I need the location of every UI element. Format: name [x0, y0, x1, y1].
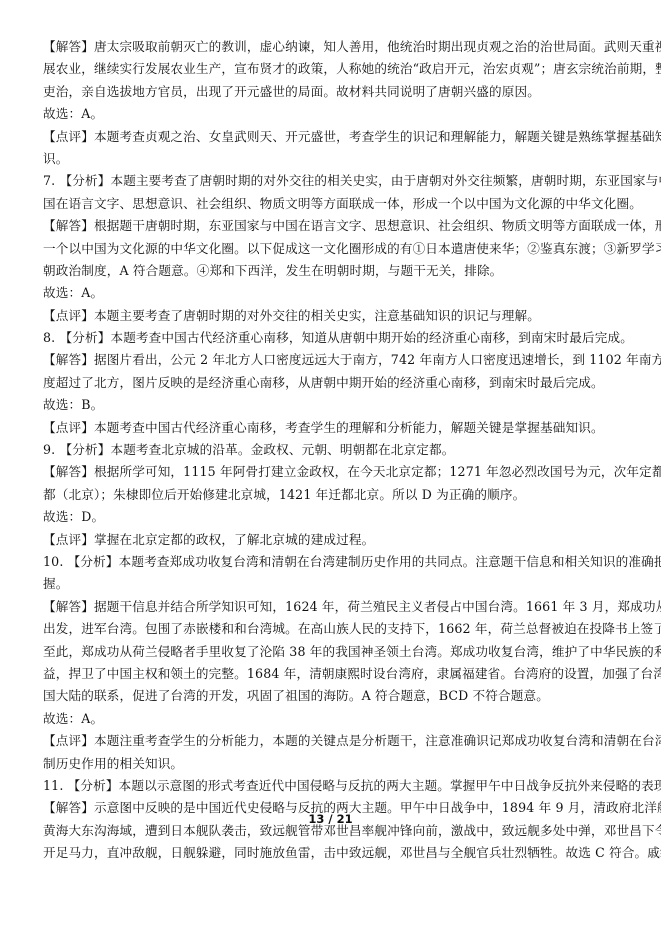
text-line: 7. 【分析】本题主要考查了唐朝时期的对外交往的相关史实，由于唐朝对外交往频繁，…	[43, 170, 623, 192]
text-line: 【解答】据图片看出，公元 2 年北方人口密度远远大于南方，742 年南方人口密度…	[43, 349, 623, 371]
text-line: 10. 【分析】本题考查郑成功收复台湾和清朝在台湾建制历史作用的共同点。注意题干…	[43, 551, 623, 573]
text-line: 都（北京）；朱棣即位后开始修建北京城，1421 年迁都北京。所以 D 为正确的顺…	[43, 484, 623, 506]
text-line: 【点评】掌握在北京定都的政权，了解北京城的建成过程。	[43, 529, 623, 551]
text-line: 识。	[43, 148, 623, 170]
text-line: 故选：A。	[43, 103, 623, 125]
text-line: 【解答】根据所学可知，1115 年阿骨打建立金政权，在今天北京定都；1271 年…	[43, 461, 623, 483]
text-line: 【点评】本题考查中国古代经济重心南移，考查学生的理解和分析能力，解题关键是掌握基…	[43, 417, 623, 439]
text-line: 至此，郑成功从荷兰侵略者手里收复了沦陷 38 年的我国神圣领土台湾。郑成功收复台…	[43, 641, 623, 663]
text-line: 吏治，亲自选拔地方官员，出现了开元盛世的局面。故材料共同说明了唐朝兴盛的原因。	[43, 81, 623, 103]
text-line: 开足马力，直冲敌舰，日舰躲避，同时施放鱼雷，击中致远舰，邓世昌与全舰官兵壮烈牺牲…	[43, 842, 623, 864]
text-line: 【点评】本题主要考查了唐朝时期的对外交往的相关史实，注意基础知识的识记与理解。	[43, 305, 623, 327]
text-line: 出发，进军台湾。包围了赤嵌楼和和台湾城。在高山族人民的支持下，1662 年，荷兰…	[43, 618, 623, 640]
text-line: 故选：B。	[43, 394, 623, 416]
text-line: 朝政治制度，A 符合题意。④郑和下西洋，发生在明朝时期，与题干无关，排除。	[43, 260, 623, 282]
text-line: 国大陆的联系，促进了台湾的开发，巩固了祖国的海防。A 符合题意，BCD 不符合题…	[43, 685, 623, 707]
text-line: 故选：A。	[43, 282, 623, 304]
document-body: 【解答】唐太宗吸取前朝灭亡的教训，虚心纳谏，知人善用，他统治时期出现贞观之治的治…	[43, 36, 623, 864]
text-line: 【解答】唐太宗吸取前朝灭亡的教训，虚心纳谏，知人善用，他统治时期出现贞观之治的治…	[43, 36, 623, 58]
text-line: 故选：A。	[43, 708, 623, 730]
text-line: 【解答】根据题干唐朝时期，东亚国家与中国在语言文字、思想意识、社会组织、物质文明…	[43, 215, 623, 237]
text-line: 【点评】本题注重考查学生的分析能力，本题的关键点是分析题干，注意准确识记郑成功收…	[43, 730, 623, 752]
text-line: 展农业，继续实行发展农业生产，宣布贤才的政策，人称她的统治“政启开元，治宏贞观”…	[43, 58, 623, 80]
text-line: 【解答】据题干信息并结合所学知识可知，1624 年，荷兰殖民主义者侵占中国台湾。…	[43, 596, 623, 618]
text-line: 【点评】本题考查贞观之治、女皇武则天、开元盛世，考查学生的识记和理解能力，解题关…	[43, 126, 623, 148]
text-line: 9. 【分析】本题考查北京城的沿革。金政权、元朝、明朝都在北京定都。	[43, 439, 623, 461]
text-line: 一个以中国为文化源的中华文化圈。以下促成这一文化圈形成的有①日本遣唐使来华；②鉴…	[43, 238, 623, 260]
text-line: 握。	[43, 573, 623, 595]
text-line: 11. 【分析】本题以示意图的形式考查近代中国侵略与反抗的两大主题。掌握甲午中日…	[43, 775, 623, 797]
text-line: 8. 【分析】本题考查中国古代经济重心南移，知道从唐朝中期开始的经济重心南移，到…	[43, 327, 623, 349]
text-line: 国在语言文字、思想意识、社会组织、物质文明等方面联成一体，形成一个以中国为文化源…	[43, 193, 623, 215]
text-line: 度超过了北方，图片反映的是经济重心南移，从唐朝中期开始的经济重心南移，到南宋时最…	[43, 372, 623, 394]
text-line: 制历史作用的相关知识。	[43, 753, 623, 775]
page-number: 13 / 21	[0, 812, 661, 826]
text-line: 益，捍卫了中国主权和领土的完整。1684 年，清朝康熙时设台湾府，隶属福建省。台…	[43, 663, 623, 685]
text-line: 故选：D。	[43, 506, 623, 528]
